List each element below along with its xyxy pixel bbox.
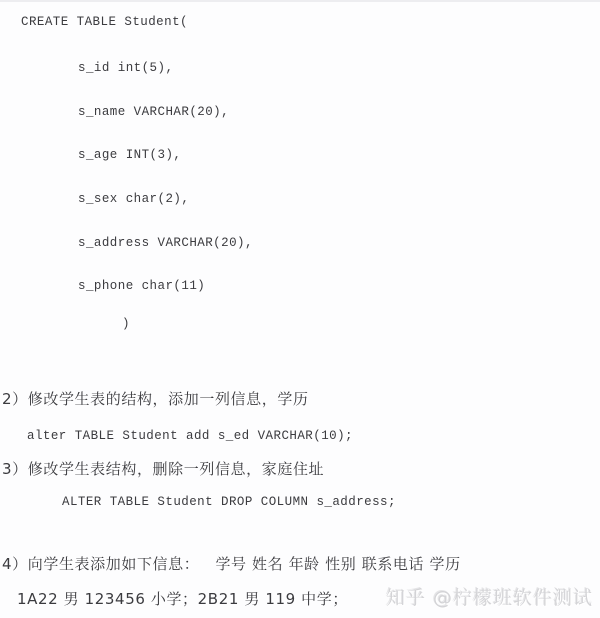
task-4-data-row: 1A22 男 123456 小学；2B21 男 119 中学； [17,590,348,608]
sql-alter-add: alter TABLE Student add s_ed VARCHAR(10)… [27,428,353,444]
sql-column-s-name: s_name VARCHAR(20), [78,104,229,120]
sql-column-s-sex: s_sex char(2), [78,191,189,207]
sql-column-s-phone: s_phone char(11) [78,278,205,294]
task-4-label: 4）向学生表添加如下信息： 学号 姓名 年龄 性别 联系电话 学历 [2,555,461,573]
sql-alter-drop: ALTER TABLE Student DROP COLUMN s_addres… [62,494,396,510]
document-page: CREATE TABLE Student( s_id int(5), s_nam… [0,0,600,618]
sql-create-close-paren: ) [122,316,130,332]
sql-column-s-address: s_address VARCHAR(20), [78,235,253,251]
sql-column-s-id: s_id int(5), [78,60,173,76]
sql-column-s-age: s_age INT(3), [78,147,181,163]
task-3-label: 3）修改学生表结构，删除一列信息，家庭住址 [2,460,324,478]
sql-create-header: CREATE TABLE Student( [21,14,188,30]
task-2-label: 2）修改学生表的结构，添加一列信息，学历 [2,390,309,408]
zhihu-watermark: 知乎 @柠檬班软件测试 [386,583,593,610]
